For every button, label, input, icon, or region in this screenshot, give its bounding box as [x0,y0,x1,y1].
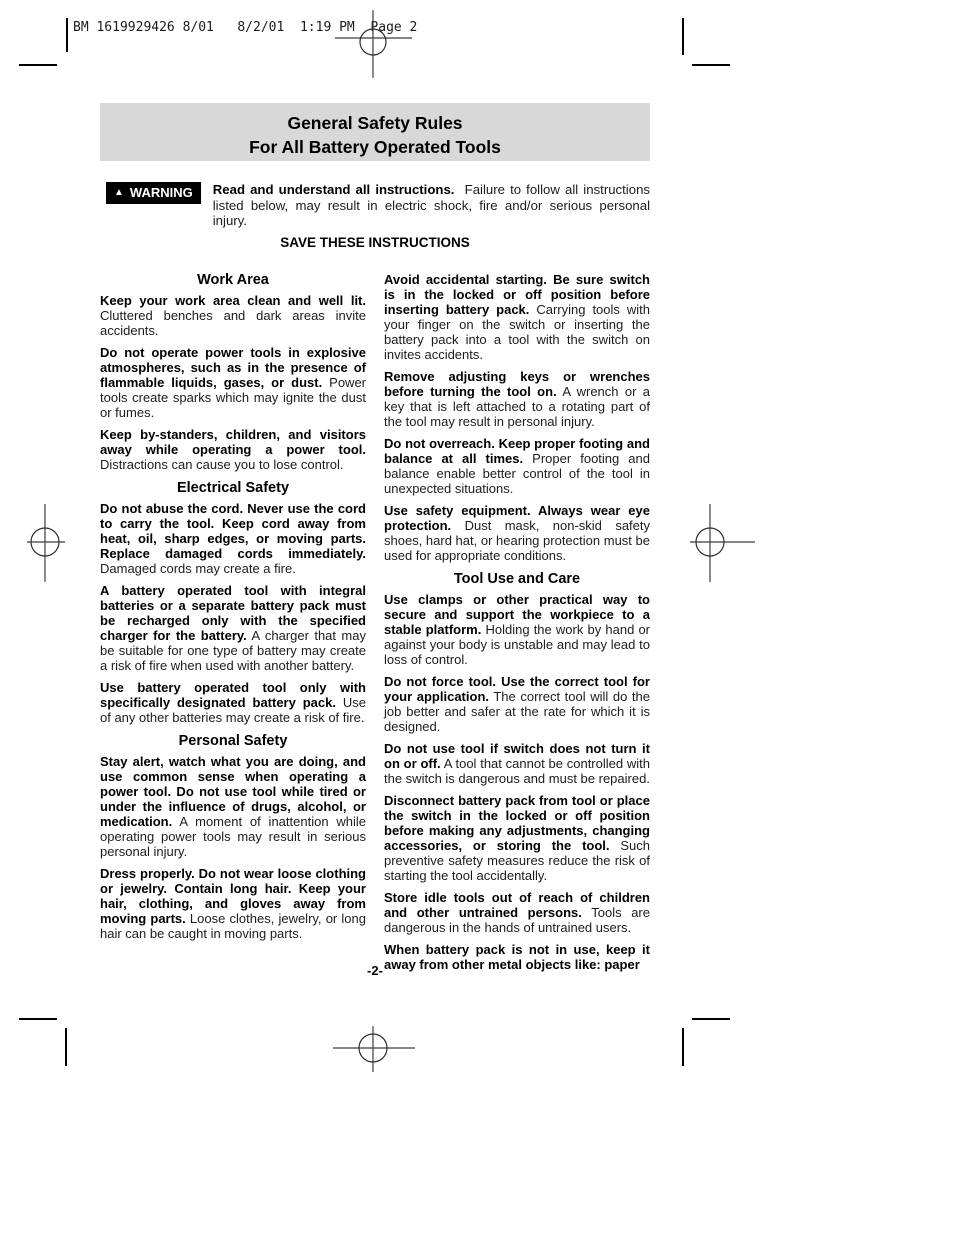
warning-badge: ▲ WARNING [106,182,201,204]
crop-mark [65,1028,67,1066]
paragraph: Do not abuse the cord. Never use the cor… [100,501,366,576]
crop-mark [692,64,730,66]
crop-mark [19,64,57,66]
left-column: Work AreaKeep your work area clean and w… [100,272,366,979]
page-number: -2- [100,963,650,978]
paragraph: Do not force tool. Use the correct tool … [384,674,650,734]
warning-triangle-icon: ▲ [114,185,124,201]
warning-text: Read and understand all instructions. Fa… [213,182,650,229]
page-subtitle: For All Battery Operated Tools [100,135,650,159]
paragraph: Keep by-standers, children, and visitors… [100,427,366,472]
paragraph: Do not operate power tools in explosive … [100,345,366,420]
page-title: General Safety Rules [100,111,650,135]
section-heading: Personal Safety [100,733,366,749]
paragraph: Use safety equipment. Always wear eye pr… [384,503,650,563]
paragraph: Stay alert, watch what you are doing, an… [100,754,366,859]
paragraph: Store idle tools out of reach of childre… [384,890,650,935]
section-heading: Electrical Safety [100,480,366,496]
crop-mark [692,1018,730,1020]
crop-mark [682,1028,684,1066]
title-box: General Safety Rules For All Battery Ope… [100,103,650,161]
two-column-body: Work AreaKeep your work area clean and w… [100,272,650,979]
document-page: BM 1619929426 8/01 8/2/01 1:19 PM Page 2… [0,0,954,1235]
registration-mark-icon [333,10,413,78]
section-heading: Tool Use and Care [384,571,650,587]
paragraph: Keep your work area clean and well lit. … [100,293,366,338]
crop-mark [682,18,684,55]
registration-mark-icon [333,1026,415,1072]
section-heading: Work Area [100,272,366,288]
paragraph: Disconnect battery pack from tool or pla… [384,793,650,883]
right-column: Avoid accidental starting. Be sure switc… [384,272,650,979]
crop-mark [19,1018,57,1020]
paragraph: Avoid accidental starting. Be sure switc… [384,272,650,362]
paragraph: A battery operated tool with integral ba… [100,583,366,673]
paragraph: Use clamps or other practical way to sec… [384,592,650,667]
paragraph: Dress properly. Do not wear loose clothi… [100,866,366,941]
content-area: General Safety Rules For All Battery Ope… [100,103,650,979]
save-instructions-line: SAVE THESE INSTRUCTIONS [100,235,650,250]
crop-mark [66,18,68,52]
paragraph: Use battery operated tool only with spec… [100,680,366,725]
paragraph: Do not use tool if switch does not turn … [384,741,650,786]
warning-section: ▲ WARNING Read and understand all instru… [100,182,650,229]
warning-label: WARNING [130,185,193,201]
paragraph: Remove adjusting keys or wrenches before… [384,369,650,429]
registration-mark-icon [5,504,85,582]
warning-bold-text: Read and understand all instructions. [213,182,455,197]
paragraph: Do not overreach. Keep proper footing an… [384,436,650,496]
registration-mark-icon [670,504,756,582]
